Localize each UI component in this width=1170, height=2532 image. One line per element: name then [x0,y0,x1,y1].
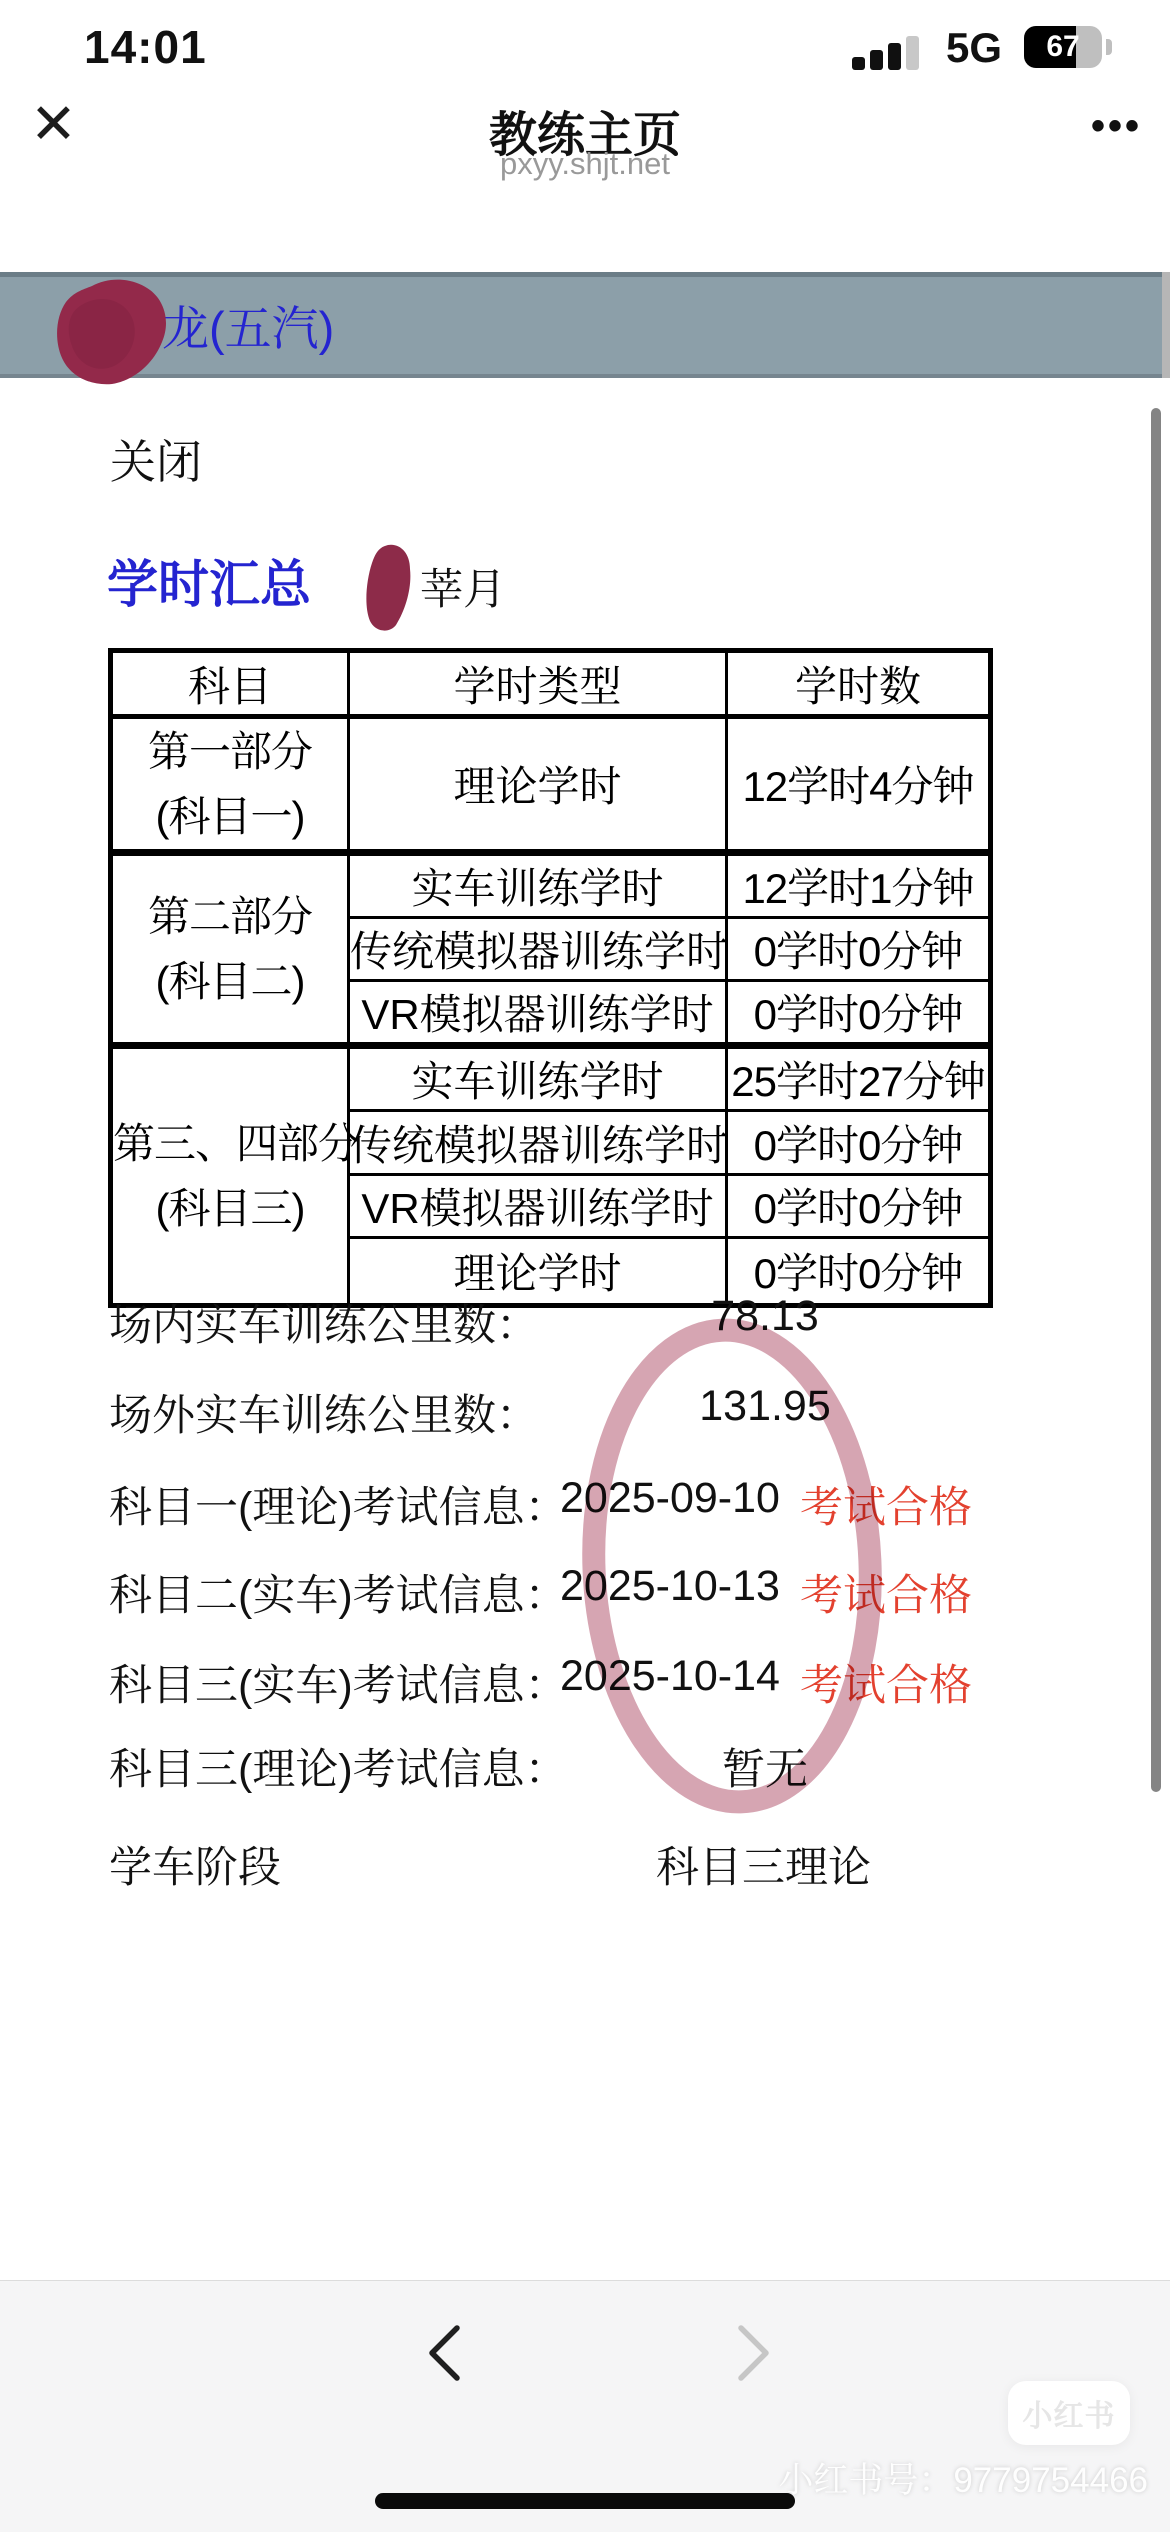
col-header-hours: 学时数 [727,651,991,717]
hours-cell: 0学时0分钟 [727,1111,991,1175]
xiaohongshu-account-watermark: 小红书号：9779754466 [778,2453,1148,2503]
hours-summary-table: 科目 学时类型 学时数 第一部分(科目一) 理论学时 12学时4分钟 第二部分(… [108,648,993,1308]
type-cell: VR模拟器训练学时 [349,1175,727,1238]
hours-cell: 12学时4分钟 [727,717,991,853]
section-title: 学时汇总 [107,543,311,617]
stage-label: 学车阶段 [109,1834,281,1895]
exam-label: 科目二(实车)考试信息： [109,1562,568,1623]
col-header-type: 学时类型 [349,651,727,717]
type-cell: 传统模拟器训练学时 [349,1111,727,1175]
exam-label: 科目三(理论)考试信息： [109,1736,568,1797]
hours-cell: 25学时27分钟 [727,1046,991,1111]
table-row: 第一部分(科目一) 理论学时 12学时4分钟 [111,717,991,853]
battery-percent: 67 [1024,26,1102,68]
network-type-label: 5G [946,24,1002,72]
col-header-subject: 科目 [111,651,349,717]
highlight-oval-annotation [572,1318,892,1818]
stat-label: 场外实车训练公里数： [109,1382,539,1443]
subject-cell: 第一部分(科目一) [111,717,349,853]
stat-label: 场内实车训练公里数： [109,1292,539,1353]
subject-cell: 第二部分(科目二) [111,853,349,1046]
more-menu-icon[interactable]: ••• [1091,104,1142,149]
forward-icon[interactable] [733,2323,773,2383]
battery-nub [1106,39,1112,55]
stage-value: 科目三理论 [656,1834,871,1895]
banner-edge [1162,272,1170,378]
exam-label: 科目三(实车)考试信息： [109,1652,568,1713]
battery-icon: 67 [1024,26,1102,68]
type-cell: 实车训练学时 [349,1046,727,1111]
type-cell: VR模拟器训练学时 [349,981,727,1046]
hours-cell: 0学时0分钟 [727,981,991,1046]
close-page-link[interactable]: 关闭 [110,426,202,492]
status-time: 14:01 [84,20,207,74]
student-name: 莘月 [420,556,506,617]
xiaohongshu-watermark-logo: 小红书 [1008,2381,1130,2445]
name-redaction-scribble [360,543,420,633]
redaction-scribble [50,276,180,388]
home-indicator[interactable] [375,2493,795,2509]
type-cell: 实车训练学时 [349,853,727,918]
phone-screen: 14:01 5G 67 ✕ 教练主页 pxyy.shjt.net ••• 龙(五… [0,0,1170,2532]
type-cell: 传统模拟器训练学时 [349,918,727,981]
hours-cell: 12学时1分钟 [727,853,991,918]
coach-name-link[interactable]: 龙(五汽) [162,277,334,374]
hours-cell: 0学时0分钟 [727,1175,991,1238]
back-icon[interactable] [425,2323,465,2383]
hours-cell: 0学时0分钟 [727,918,991,981]
cellular-signal-icon [852,36,919,70]
table-header-row: 科目 学时类型 学时数 [111,651,991,717]
exam-label: 科目一(理论)考试信息： [109,1474,568,1535]
browser-toolbar: 小红书 小红书号：9779754466 [0,2280,1170,2532]
stage-line: 学车阶段 科目三理论 [0,1834,1170,1886]
table-row: 第三、四部分(科目三) 实车训练学时 25学时27分钟 [111,1046,991,1111]
table-row: 第二部分(科目二) 实车训练学时 12学时1分钟 [111,853,991,918]
type-cell: 理论学时 [349,717,727,853]
subject-cell: 第三、四部分(科目三) [111,1046,349,1306]
page-url: pxyy.shjt.net [0,146,1170,182]
